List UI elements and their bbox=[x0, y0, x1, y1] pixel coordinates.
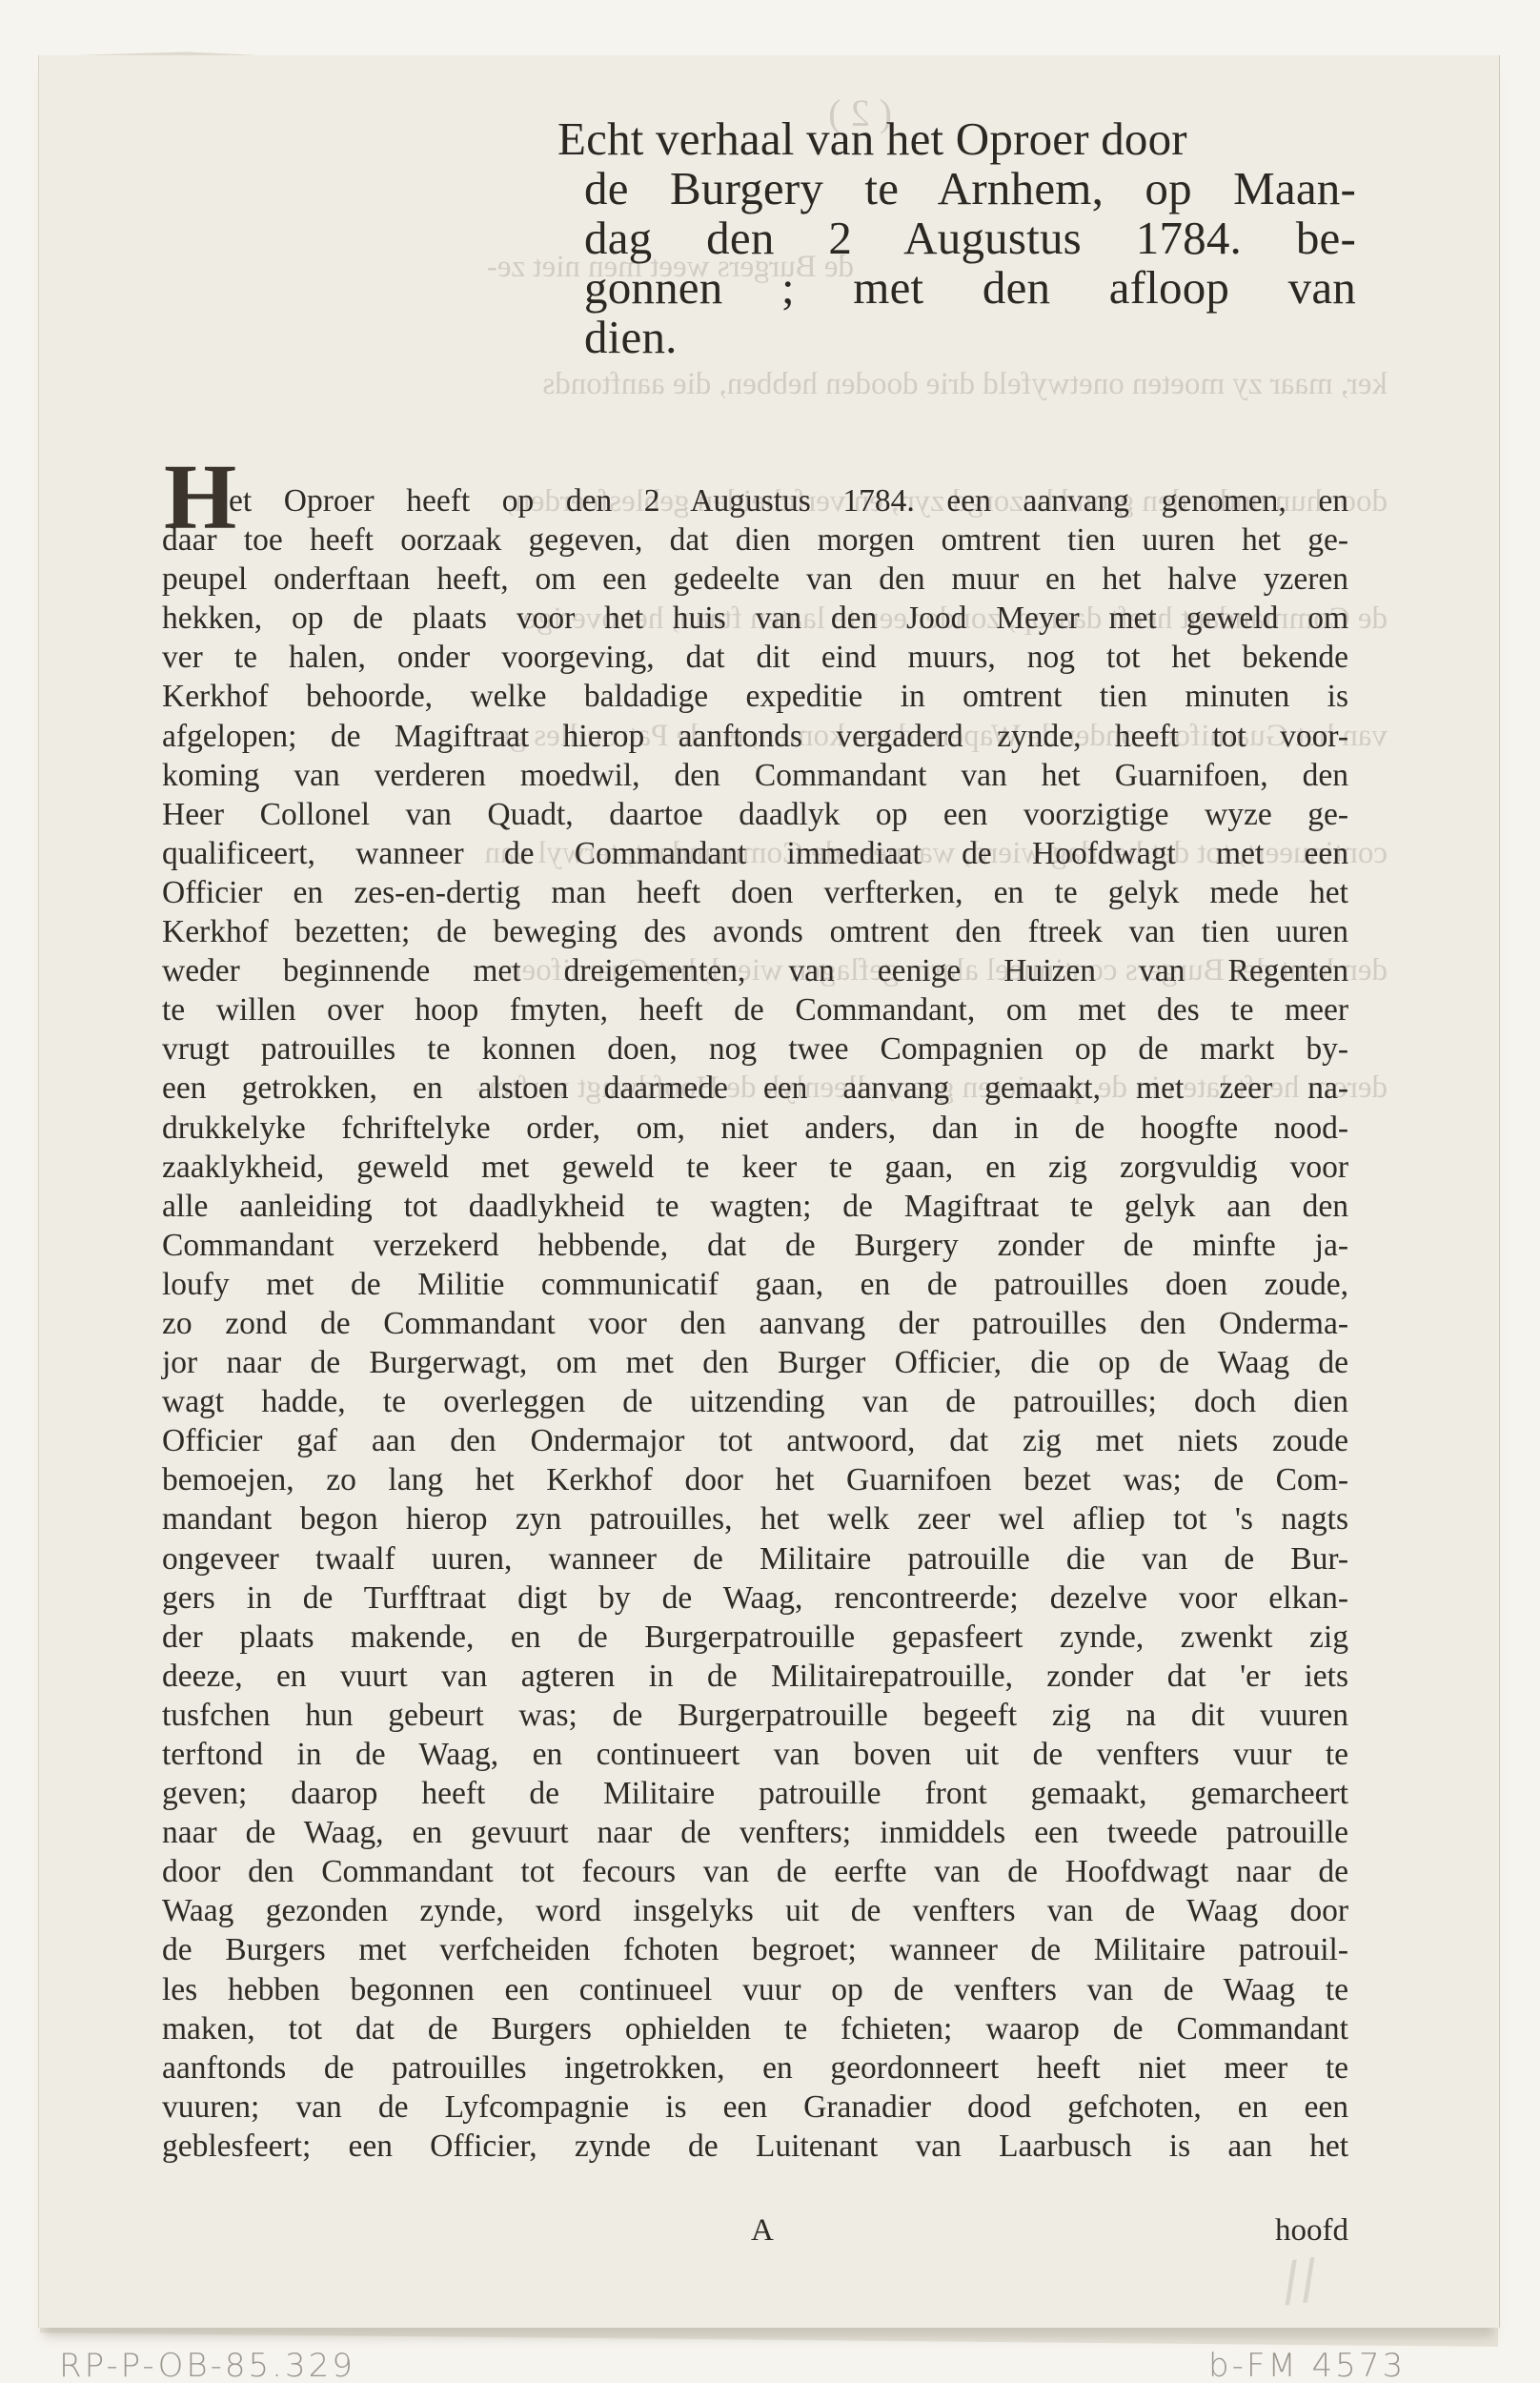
body-line: bemoejen, zo lang het Kerkhof door het G… bbox=[162, 1460, 1348, 1499]
title-line: gonnen ; met den afloop van bbox=[557, 263, 1356, 313]
body-line: qualificeert, wanneer de Commandant imme… bbox=[162, 834, 1348, 873]
collection-mark: b-FM 4573 bbox=[1208, 2347, 1406, 2383]
body-line: Waag gezonden zynde, word insgelyks uit … bbox=[162, 1891, 1348, 1930]
page-footer: A hoofd bbox=[162, 2213, 1348, 2255]
body-line: Kerkhof bezetten; de beweging des avonds… bbox=[162, 912, 1348, 951]
body-line: door den Commandant tot fecours van de e… bbox=[162, 1852, 1348, 1891]
body-line: hekken, op de plaats voor het huis van d… bbox=[162, 599, 1348, 638]
body-line bbox=[162, 2166, 1348, 2205]
body-line: te willen over hoop fmyten, heeft de Com… bbox=[162, 990, 1348, 1029]
body-line: vuuren; van de Lyfcompagnie is een Grana… bbox=[162, 2088, 1348, 2127]
body-line: Commandant verzekerd hebbende, dat de Bu… bbox=[162, 1226, 1348, 1265]
body-line: Kerkhof behoorde, welke baldadige expedi… bbox=[162, 677, 1348, 716]
body-line: zaaklykheid, geweld met geweld te keer t… bbox=[162, 1148, 1348, 1187]
body-line: een getrokken, en alstoen daarmede een a… bbox=[162, 1069, 1348, 1108]
body-line: geven; daarop heeft de Militaire patroui… bbox=[162, 1774, 1348, 1813]
body-line: zo zond de Commandant voor den aanvang d… bbox=[162, 1304, 1348, 1343]
body-line: alle aanleiding tot daadlykheid te wagte… bbox=[162, 1187, 1348, 1226]
body-line: geblesfeert; een Officier, zynde de Luit… bbox=[162, 2127, 1348, 2166]
title-line: dag den 2 Augustus 1784. be- bbox=[557, 214, 1356, 263]
body-line: weder beginnende met dreigementen, van e… bbox=[162, 951, 1348, 990]
body-line: peupel onderftaan heeft, om een gedeelte… bbox=[162, 560, 1348, 599]
body-line: wagt hadde, te overleggen de uitzending … bbox=[162, 1382, 1348, 1421]
body-text: et Oproer heeft op den 2 Augustus 1784. … bbox=[162, 481, 1348, 2205]
body-line: tusfchen hun gebeurt was; de Burgerpatro… bbox=[162, 1696, 1348, 1735]
catchword: hoofd bbox=[1275, 2213, 1348, 2249]
body-line: Officier en zes-en-dertig man heeft doen… bbox=[162, 873, 1348, 912]
body-line: terftond in de Waag, en continueert van … bbox=[162, 1735, 1348, 1774]
document-title: Echt verhaal van het Oproer door de Burg… bbox=[557, 114, 1377, 362]
inventory-number: RP-P-OB-85.329 bbox=[59, 2347, 355, 2383]
body-line: vrugt patrouilles te konnen doen, nog tw… bbox=[162, 1029, 1348, 1069]
body-line: jor naar de Burgerwagt, om met den Burge… bbox=[162, 1343, 1348, 1382]
body-line: gers in de Turfftraat digt by de Waag, r… bbox=[162, 1578, 1348, 1618]
title-line: dien. bbox=[557, 313, 1377, 362]
body-line: et Oproer heeft op den 2 Augustus 1784. … bbox=[162, 481, 1348, 520]
title-line: Echt verhaal van het Oproer door bbox=[557, 114, 1377, 164]
body-line: mandant begon hierop zyn patrouilles, he… bbox=[162, 1499, 1348, 1538]
body-line: Heer Collonel van Quadt, daartoe daadlyk… bbox=[162, 795, 1348, 834]
title-line: de Burgery te Arnhem, op Maan- bbox=[557, 164, 1356, 214]
body-line: ongeveer twaalf uuren, wanneer de Milita… bbox=[162, 1539, 1348, 1578]
body-line: de Burgers met verfcheiden fchoten begro… bbox=[162, 1930, 1348, 1969]
body-line: daar toe heeft oorzaak gegeven, dat dien… bbox=[162, 520, 1348, 560]
body-line: ver te halen, onder voorgeving, dat dit … bbox=[162, 638, 1348, 677]
signature-mark: A bbox=[751, 2213, 774, 2249]
bleed-line: ker, maar zy moeten onetwyfeld drie dood… bbox=[476, 365, 1388, 404]
body-line: aanftonds de patrouilles ingetrokken, en… bbox=[162, 2048, 1348, 2088]
body-line: loufy met de Militie communicatif gaan, … bbox=[162, 1265, 1348, 1304]
body-line: les hebben begonnen een continueel vuur … bbox=[162, 1970, 1348, 2009]
body-line: drukkelyke fchriftelyke order, om, niet … bbox=[162, 1109, 1348, 1148]
body-line: maken, tot dat de Burgers ophielden te f… bbox=[162, 2009, 1348, 2048]
body-line: afgelopen; de Magiftraat hierop aanftond… bbox=[162, 717, 1348, 756]
body-line: deeze, en vuurt van agteren in de Milita… bbox=[162, 1657, 1348, 1696]
body-line: Officier gaf aan den Ondermajor tot antw… bbox=[162, 1421, 1348, 1460]
body-line: koming van verderen moedwil, den Command… bbox=[162, 756, 1348, 795]
body-line: naar de Waag, en gevuurt naar de venfter… bbox=[162, 1813, 1348, 1852]
body-line: der plaats makende, en de Burgerpatrouil… bbox=[162, 1618, 1348, 1657]
